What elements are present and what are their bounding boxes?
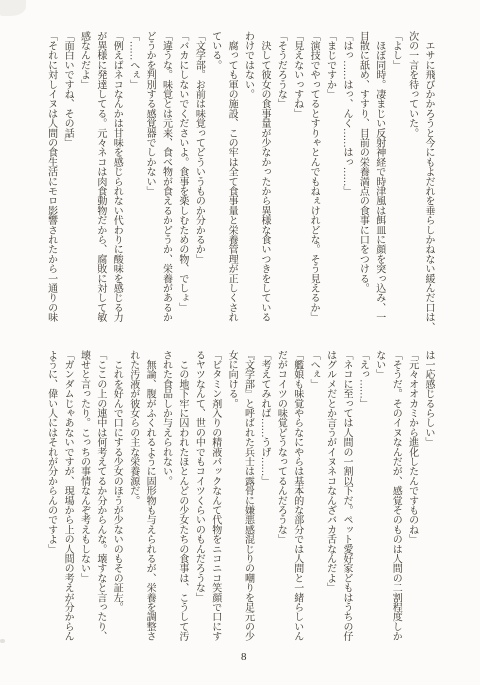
text-line: 腐っても軍の施設、この牢は全て食事量と栄養管理が正しくされ <box>223 31 239 334</box>
book-page: エサに飛びかかろうと今にもよだれを垂らしかねない緩んだ口は、次の一言を待っていた… <box>0 0 480 685</box>
text-line: 「えっ……」 <box>354 350 370 653</box>
text-line: エサに飛びかかろうと今にもよだれを垂らしかねない緩んだ口は、 <box>420 31 436 334</box>
text-line: 「へぇ」 <box>305 350 321 653</box>
text-line: 「まじですか」 <box>321 31 337 334</box>
page-number: 8 <box>241 651 247 663</box>
text-line: が異様に発達してる。元々ネコは肉食動物だから、腐敗に対して敏 <box>91 31 107 334</box>
text-line: は一応感じるらしい」 <box>420 350 436 653</box>
text-line: 「違うな。味覚とは元来、食べ物が食えるかどうか、栄養があるか <box>157 31 173 334</box>
text-line: 「そうだ。そのイヌなんだが、感覚そのものは人間の二割程度しか <box>387 350 403 653</box>
text-line: 「文学部。お前は味覚ってどういうものか分かるか」 <box>190 31 206 334</box>
text-line: 「元々オオカミから進化したんですものね」 <box>403 350 419 653</box>
text-line: 「見えないっすね」 <box>288 31 304 334</box>
text-line: 目散に舐め、すすり、目前の栄養満点の食事に口をつける。 <box>354 31 370 334</box>
text-line: 「考えてみれば……うげ……」 <box>256 350 272 653</box>
text-line: 「はっ……はっ、んく……はっ……」 <box>338 31 354 334</box>
text-line: この地下牢に囚われたほとんどの少女たちの食事は、こうして汚 <box>174 350 190 653</box>
text-line: どうかを判別する感覚器でしかない」 <box>141 31 157 334</box>
text-line: 「面白いですね、その話」 <box>59 31 75 334</box>
text-line: 感なんだよ」 <box>75 31 91 334</box>
text-line: はグルメだとか言うがイヌネコなんざバカ舌なんだよ」 <box>321 350 337 653</box>
text-line: 「演技でやってるとすりゃとんでもねぇけれどな。そう見えるか」 <box>305 31 321 334</box>
text-line: れた汚液が彼女らの主な栄養源だ。 <box>124 350 140 653</box>
text-band-top: エサに飛びかかろうと今にもよだれを垂らしかねない緩んだ口は、次の一言を待っていた… <box>42 31 436 334</box>
text-line: 「艦娘も味覚やらなにやらは基本的な部分では人間と一緒らしいん <box>288 350 304 653</box>
text-line: 次の一言を待っていた。 <box>403 31 419 334</box>
text-line: された食品しか与えられない。 <box>157 350 173 653</box>
text-line: わけではない。 <box>239 31 255 334</box>
text-line: 無論、腹がふくれるように固形物も与えられるが、栄養を調整さ <box>141 350 157 653</box>
text-line: 「それに対しイヌは人間の食生活にモロ影響されたから一通りの味 <box>42 31 58 334</box>
text-line: 決して彼女の食事量が少なかったから異様な食いつきをしている <box>256 31 272 334</box>
text-line: ように、偉い人にはそれが分からんのですよ」 <box>42 350 58 653</box>
text-band-bottom: は一応感じるらしい」「元々オオカミから進化したんですものね」「そうだ。そのイヌな… <box>42 350 436 653</box>
scan-artifact-corner <box>0 0 26 16</box>
text-line: これを好んで口にする少女のほうが少ないのもその証左。 <box>108 350 124 653</box>
text-line: 「例えばネコなんかは甘味を感じられない代わりに酸味を感じる力 <box>108 31 124 334</box>
text-line: 「ネコに至っては人間の一割以下だ。ペット愛好家どもはうちの仔 <box>338 350 354 653</box>
text-line: だがコイツの味覚どうなってるんだろうな」 <box>272 350 288 653</box>
text-line: 「バカにしないでくださいよ。食事を楽しむための物、でしょ」 <box>174 31 190 334</box>
text-line: 「ビタミン剤入りの精液パックなんて代物をニコニコ笑顔で口にす <box>206 350 222 653</box>
text-line: 「……へぇ」 <box>124 31 140 334</box>
text-line: ている。 <box>206 31 222 334</box>
text-line: 女に向ける。 <box>223 350 239 653</box>
text-line: るヤツなんて、世の中でもコイツくらいのもんだろうな」 <box>190 350 206 653</box>
text-line: ない」 <box>370 350 386 653</box>
text-line: 「そうだろうな」 <box>272 31 288 334</box>
scan-artifact-edge <box>0 639 5 643</box>
text-line: 壊せと言ったり。こっちの事情なんぞ考えもしない」 <box>75 350 91 653</box>
text-line: 「ここの上の連中は何考えてるか分からんな。壊すなと言ったり、 <box>91 350 107 653</box>
text-line: 「ガンダムじゃあないですが、現場から上の人間の考えが分からん <box>59 350 75 653</box>
text-line: 「よし」 <box>387 31 403 334</box>
text-line: 『文学部』と呼ばれた兵士は露骨に嫌悪感混じりの嘲りを足元の少 <box>239 350 255 653</box>
text-line: ほぼ同時。凄まじい反射神経で時津風は餌皿に顔を突っ込み、一 <box>370 31 386 334</box>
